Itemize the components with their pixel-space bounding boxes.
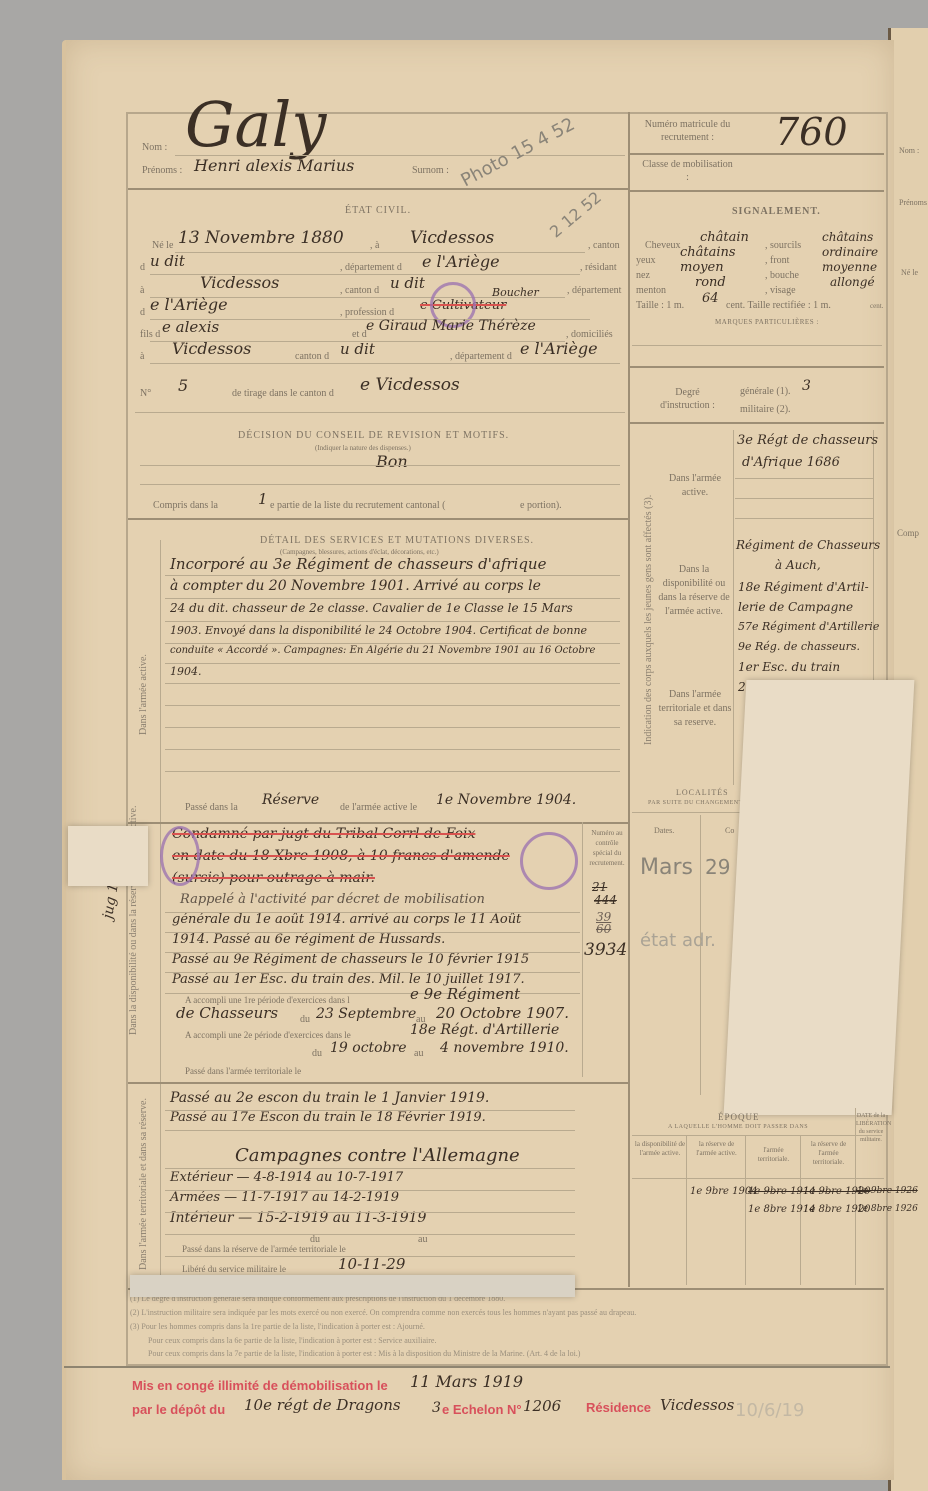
residence-value: Vicdessos bbox=[200, 273, 279, 292]
service-line: conduite « Accordé ». Campagnes: En Algé… bbox=[170, 645, 595, 656]
date-naissance: 13 Novembre 1880 bbox=[178, 228, 344, 248]
canton-label: , canton bbox=[588, 240, 620, 251]
instruction-label: Degré d'instruction : bbox=[650, 386, 725, 412]
affectation-bracket bbox=[733, 430, 734, 785]
footnote: (2) L'instruction militaire sera indiqué… bbox=[130, 1308, 636, 1317]
paper-patch bbox=[130, 1275, 575, 1297]
visage-label: , visage bbox=[765, 285, 796, 296]
section-rule bbox=[128, 518, 628, 520]
reserve-line: Rappelé à l'activité par décret de mobil… bbox=[180, 892, 485, 907]
departement-value: e l'Ariège bbox=[422, 252, 500, 271]
taille-suffix: cent. Taille rectifiée : 1 m. bbox=[726, 300, 831, 311]
rule bbox=[165, 643, 620, 644]
rule bbox=[175, 252, 585, 253]
libere-value: 10-11-29 bbox=[338, 1255, 405, 1273]
passe-reserve-suffix: de l'armée active le bbox=[340, 802, 417, 813]
epoque-cell: 1e 8bre 1926 bbox=[857, 1204, 918, 1214]
active-line: d'Afrique 1686 bbox=[742, 455, 840, 470]
rule bbox=[140, 484, 620, 485]
rule bbox=[135, 412, 625, 413]
rule bbox=[735, 518, 873, 519]
taille-rect-suffix: cent. bbox=[870, 302, 883, 310]
epoque-cell: 1e 9bre 1926 bbox=[857, 1186, 918, 1196]
campagne-periode: 4-8-1914 au 10-7-1917 bbox=[254, 1170, 403, 1185]
a-label: , à bbox=[370, 240, 379, 251]
departement3-label: , département d bbox=[450, 351, 512, 362]
rule bbox=[165, 952, 580, 953]
localites-col-communes: Co bbox=[725, 826, 734, 835]
instruction-militaire-label: militaire (2). bbox=[740, 404, 791, 415]
nom-value: Galy bbox=[185, 88, 326, 161]
service-line: à compter du 20 Novembre 1901. Arrivé au… bbox=[170, 578, 541, 594]
rule bbox=[165, 1190, 575, 1191]
passe-reserve-label: Passé dans la bbox=[185, 802, 238, 813]
section-rule bbox=[630, 422, 884, 424]
disponibilite-line: 1er Esc. du train bbox=[738, 660, 840, 674]
lieu-naissance: Vicdessos bbox=[410, 228, 494, 248]
decision-value: Bon bbox=[376, 452, 408, 471]
tirage-no-value: 5 bbox=[178, 376, 188, 395]
rule bbox=[165, 972, 580, 973]
demob-regiment: 10e régt de Dragons bbox=[244, 1396, 401, 1414]
campagnes-title: Campagnes contre l'Allemagne bbox=[235, 1145, 520, 1166]
residence-value: Vicdessos bbox=[660, 1396, 734, 1414]
reserve-line: Passé au 9e Régiment de chasseurs le 10 … bbox=[172, 952, 529, 967]
residant-label: , résidant bbox=[580, 262, 617, 273]
campagne-lieu: Armées bbox=[170, 1190, 220, 1205]
profession-label: , profession d bbox=[340, 307, 394, 318]
campagne-lieu: Extérieur bbox=[170, 1170, 232, 1185]
taille-label: Taille : 1 m. bbox=[636, 300, 684, 311]
right-page-nom-label: Nom : bbox=[899, 146, 919, 155]
periode1-du: du bbox=[300, 1014, 310, 1025]
etat-civil-title: ÉTAT CIVIL. bbox=[345, 205, 411, 216]
rule bbox=[165, 1168, 575, 1169]
disponibilite-line: à Auch, bbox=[775, 558, 821, 572]
compris-value: 1 bbox=[258, 490, 268, 508]
disponibilite-line: 57e Régiment d'Artillerie bbox=[738, 620, 879, 633]
struck-condamnation-line: Condamné par jugt du Tribal Corrl de Foi… bbox=[172, 826, 475, 842]
header-rule bbox=[128, 188, 628, 190]
periode2-du: du bbox=[312, 1048, 322, 1059]
epoque-col-header: l'armée territoriale. bbox=[747, 1146, 800, 1164]
paper-slip-left bbox=[68, 826, 148, 886]
matricule-label: Numéro matricule du recrutement : bbox=[640, 118, 735, 144]
visage-value: allongé bbox=[830, 275, 875, 289]
nez-label: nez bbox=[636, 270, 650, 281]
instruction-generale-value: 3 bbox=[802, 378, 811, 394]
echelon-number: 1206 bbox=[523, 1397, 561, 1415]
localite-commune: 29 bbox=[705, 855, 730, 879]
demob-stamp-line1: Mis en congé illimité de démobilisation … bbox=[132, 1378, 388, 1393]
rule bbox=[165, 598, 620, 599]
rule bbox=[165, 727, 620, 728]
periode1-to: 20 Octobre 1907. bbox=[436, 1004, 569, 1022]
yeux-label: yeux bbox=[636, 255, 655, 266]
rule bbox=[735, 498, 873, 499]
affectation-vertical-label: Indication des corps auxquels les jeunes… bbox=[643, 495, 654, 745]
departement2-label: , département bbox=[567, 285, 621, 296]
mere-label: et d bbox=[352, 329, 367, 340]
prenoms-value: Henri alexis Marius bbox=[194, 156, 354, 175]
rule bbox=[165, 912, 580, 913]
right-page-prenoms-label: Prénoms : bbox=[899, 198, 928, 207]
rule bbox=[165, 705, 620, 706]
rule bbox=[165, 1110, 575, 1111]
services-title: DÉTAIL DES SERVICES ET MUTATIONS DIVERSE… bbox=[260, 535, 534, 546]
controle-value: 3934 bbox=[584, 940, 627, 960]
footer-rule bbox=[64, 1366, 890, 1368]
localites-subtitle: PAR SUITE DU CHANGEMENT bbox=[648, 800, 743, 806]
campagne-row: Armées — 11-7-1917 au 14-2-1919 bbox=[170, 1190, 399, 1205]
controle-value: 60 bbox=[596, 922, 611, 936]
canton2-value: u dit bbox=[390, 274, 425, 292]
epoque-col-header: la réserve de l'armée active. bbox=[688, 1140, 745, 1158]
territoriale-line: Passé au 2e escon du train le 1 Janvier … bbox=[170, 1090, 489, 1106]
service-line: 1903. Envoyé dans la disponibilité le 24… bbox=[170, 624, 587, 637]
periode2-to: 4 novembre 1910. bbox=[440, 1040, 569, 1056]
reserve-line: générale du 1e août 1914. arrivé au corp… bbox=[172, 912, 521, 927]
canton-prefix: d bbox=[140, 262, 145, 273]
reserve-line: 1914. Passé au 6e régiment de Hussards. bbox=[172, 932, 445, 947]
rule bbox=[632, 345, 882, 346]
violet-stamp-left bbox=[160, 826, 200, 886]
sourcils-value: châtains bbox=[822, 230, 873, 244]
bouche-label: , bouche bbox=[765, 270, 799, 281]
pencil-date: 10/6/19 bbox=[735, 1400, 804, 1421]
rule bbox=[140, 465, 620, 466]
column-divider bbox=[628, 112, 630, 1287]
compris-label-3: e portion). bbox=[520, 500, 562, 511]
localites-col-dates: Dates. bbox=[654, 826, 674, 835]
campagne-periode: 11-7-1917 au 14-2-1919 bbox=[241, 1190, 399, 1205]
territoriale-affectation-label: Dans l'armée territoriale et dans sa res… bbox=[655, 688, 735, 730]
disponibilite-line: Régiment de Chasseurs bbox=[736, 538, 880, 552]
profession-value: Boucher bbox=[492, 286, 539, 299]
periode1-value: e 9e Régiment bbox=[410, 985, 520, 1003]
rule bbox=[165, 1234, 575, 1235]
periode2-au: au bbox=[414, 1048, 423, 1059]
marques-label: MARQUES PARTICULIÈRES : bbox=[715, 318, 819, 326]
footnote: (3) Pour les hommes compris dans la 1re … bbox=[130, 1322, 425, 1331]
periode2-value: 18e Régt. d'Artillerie bbox=[410, 1022, 559, 1038]
demob-date: 11 Mars 1919 bbox=[410, 1372, 523, 1391]
periode2-from: 19 octobre bbox=[330, 1040, 407, 1056]
left-margin-rule bbox=[160, 540, 161, 1280]
epoque-col-header: DATE de la LIBÉRATION du service militai… bbox=[856, 1112, 886, 1144]
active-line: 3e Régt de chasseurs bbox=[737, 433, 878, 448]
footnote: Pour ceux compris dans la 6e partie de l… bbox=[148, 1336, 436, 1345]
epoque-col-rule bbox=[745, 1135, 746, 1285]
service-line: Incorporé au 3e Régiment de chasseurs d'… bbox=[170, 555, 546, 573]
section-rule bbox=[630, 366, 884, 368]
rule bbox=[632, 1135, 882, 1136]
rule bbox=[165, 683, 620, 684]
epoque-col-header: la disponibilité de l'armée active. bbox=[634, 1140, 686, 1158]
footnote: Pour ceux compris dans la 7e partie de l… bbox=[148, 1349, 580, 1358]
taille-value: 64 bbox=[702, 291, 719, 306]
instruction-generale-label: générale (1). bbox=[740, 386, 791, 397]
nez-value: moyen bbox=[680, 260, 724, 275]
service-line: 24 du dit. chasseur de 2e classe. Cavali… bbox=[170, 601, 573, 615]
right-page-compris-label: Comp bbox=[897, 528, 919, 538]
epoque-col-header: la réserve de l'armée territoriale. bbox=[802, 1140, 855, 1167]
mere-value: e Giraud Marie Thérèze bbox=[366, 318, 536, 334]
periode2-label: A accompli une 2e période d'exercices da… bbox=[185, 1030, 351, 1040]
compris-label: Compris dans la bbox=[153, 500, 218, 511]
departement3-value: e l'Ariège bbox=[520, 339, 598, 358]
passe-reserve-date: 1e Novembre 1904. bbox=[436, 792, 576, 808]
front-value: ordinaire bbox=[822, 245, 878, 259]
pere-value: e alexis bbox=[162, 318, 219, 336]
rule bbox=[165, 1212, 575, 1213]
passe-territoriale-label: Passé dans l'armée territoriale le bbox=[185, 1066, 301, 1076]
territoriale-line: Passé au 17e Escon du train le 18 Févrie… bbox=[170, 1110, 486, 1125]
disponibilite-line: lerie de Campagne bbox=[738, 600, 853, 614]
canton-value: u dit bbox=[150, 252, 185, 270]
signalement-title: SIGNALEMENT. bbox=[732, 206, 821, 217]
demob-stamp-line2: par le dépôt du bbox=[132, 1402, 225, 1417]
canton3-value: u dit bbox=[340, 340, 375, 358]
passe-reserve-territoriale-label: Passé dans la réserve de l'armée territo… bbox=[182, 1244, 346, 1254]
decision-subtitle: (Indiquer la nature des dispenses.) bbox=[315, 444, 411, 452]
rule bbox=[632, 1178, 884, 1179]
rule bbox=[165, 771, 620, 772]
tirage-text: de tirage dans le canton d bbox=[232, 388, 334, 399]
controle-header: Numéro au contrôle spécial du recrutemen… bbox=[585, 828, 629, 868]
surnom-label: Surnom : bbox=[412, 165, 449, 176]
libere-label: Libéré du service militaire le bbox=[182, 1264, 286, 1274]
localites-title: LOCALITÉS bbox=[676, 788, 729, 797]
disponibilite-line: 18e Régiment d'Artil- bbox=[738, 580, 869, 594]
controle-value: 444 bbox=[594, 893, 617, 907]
rule bbox=[165, 1130, 575, 1131]
prenoms-label: Prénoms : bbox=[142, 165, 182, 176]
ne-le-label: Né le bbox=[152, 240, 173, 251]
territoriale-vertical-label: Dans l'armée territoriale et dans sa rés… bbox=[138, 1098, 149, 1270]
echelon-value: 3 bbox=[432, 1400, 441, 1416]
localite-date: état adr. bbox=[640, 930, 716, 951]
services-vertical-label: Dans l'armée active. bbox=[138, 654, 149, 735]
epoque-col-rule bbox=[686, 1135, 687, 1285]
sourcils-label: , sourcils bbox=[765, 240, 801, 251]
echelon-label: e Echelon N° bbox=[442, 1402, 522, 1417]
violet-stamp-right bbox=[520, 832, 578, 890]
rule bbox=[165, 621, 620, 622]
classe-rule bbox=[630, 190, 884, 192]
decision-title: DÉCISION DU CONSEIL DE REVISION ET MOTIF… bbox=[238, 430, 509, 441]
tirage-no-label: N° bbox=[140, 388, 151, 399]
tirage-canton-value: e Vicdessos bbox=[360, 375, 460, 395]
rule bbox=[735, 478, 873, 479]
fils-label: fils d bbox=[140, 329, 160, 340]
menton-value: rond bbox=[695, 275, 726, 290]
periode1-from: 23 Septembre bbox=[316, 1006, 416, 1022]
menton-label: menton bbox=[636, 285, 666, 296]
passe-reserve-value: Réserve bbox=[262, 792, 319, 808]
localites-col-rule bbox=[700, 815, 701, 1095]
controle-value: 21 bbox=[592, 880, 607, 894]
nom-label: Nom : bbox=[142, 142, 167, 153]
right-page-ne-label: Né le bbox=[901, 268, 918, 277]
active-label: Dans l'armée active. bbox=[660, 472, 730, 500]
paper-slip-right bbox=[724, 680, 915, 1115]
classe-label: Classe de mobilisation : bbox=[640, 158, 735, 184]
periode1-value-2: de Chasseurs bbox=[176, 1004, 278, 1022]
rule bbox=[165, 749, 620, 750]
cheveux-label: Cheveux bbox=[645, 240, 681, 251]
struck-condamnation-line: en date du 18 Xbre 1908, à 10 francs d'a… bbox=[172, 848, 510, 864]
matricule-rule bbox=[630, 153, 884, 155]
epoque-title: ÉPOQUE bbox=[718, 1112, 760, 1122]
yeux-value: châtains bbox=[680, 245, 736, 260]
front-label: , front bbox=[765, 255, 789, 266]
disponibilite-label: Dans la disponibilité ou dans la réserve… bbox=[655, 563, 733, 619]
epoque-subtitle: A LAQUELLE L'HOMME DOIT PASSER DANS bbox=[668, 1124, 808, 1130]
departement2-value: e l'Ariège bbox=[150, 295, 228, 314]
rule bbox=[165, 663, 620, 664]
cheveux-value: châtain bbox=[700, 230, 749, 245]
domicile-prefix: à bbox=[140, 351, 144, 362]
rule bbox=[165, 575, 620, 576]
disponibilite-line: 9e Rég. de chasseurs. bbox=[738, 640, 860, 653]
canton2-label: , canton d bbox=[340, 285, 379, 296]
residence-prefix: à bbox=[140, 285, 144, 296]
domicile-value: Vicdessos bbox=[172, 339, 251, 358]
matricule-value: 760 bbox=[775, 110, 848, 154]
section-rule bbox=[128, 1082, 628, 1084]
residence-label: Résidence bbox=[586, 1400, 651, 1415]
compris-label-2: e partie de la liste du recrutement cant… bbox=[270, 500, 445, 511]
campagne-row: Extérieur — 4-8-1914 au 10-7-1917 bbox=[170, 1170, 403, 1185]
departement-label: , département d bbox=[340, 262, 402, 273]
section-rule bbox=[128, 822, 628, 824]
service-line: 1904. bbox=[170, 665, 202, 678]
au-label: au bbox=[418, 1234, 427, 1245]
rule bbox=[150, 363, 620, 364]
localite-date: Mars bbox=[640, 855, 693, 880]
canton3-label: canton d bbox=[295, 351, 329, 362]
bouche-value: moyenne bbox=[822, 260, 877, 274]
controle-column-rule bbox=[582, 822, 583, 1077]
departement2-prefix: d bbox=[140, 307, 145, 318]
rule bbox=[165, 932, 580, 933]
struck-condamnation-line: (sursis) pour outrage à mair. bbox=[172, 870, 375, 886]
